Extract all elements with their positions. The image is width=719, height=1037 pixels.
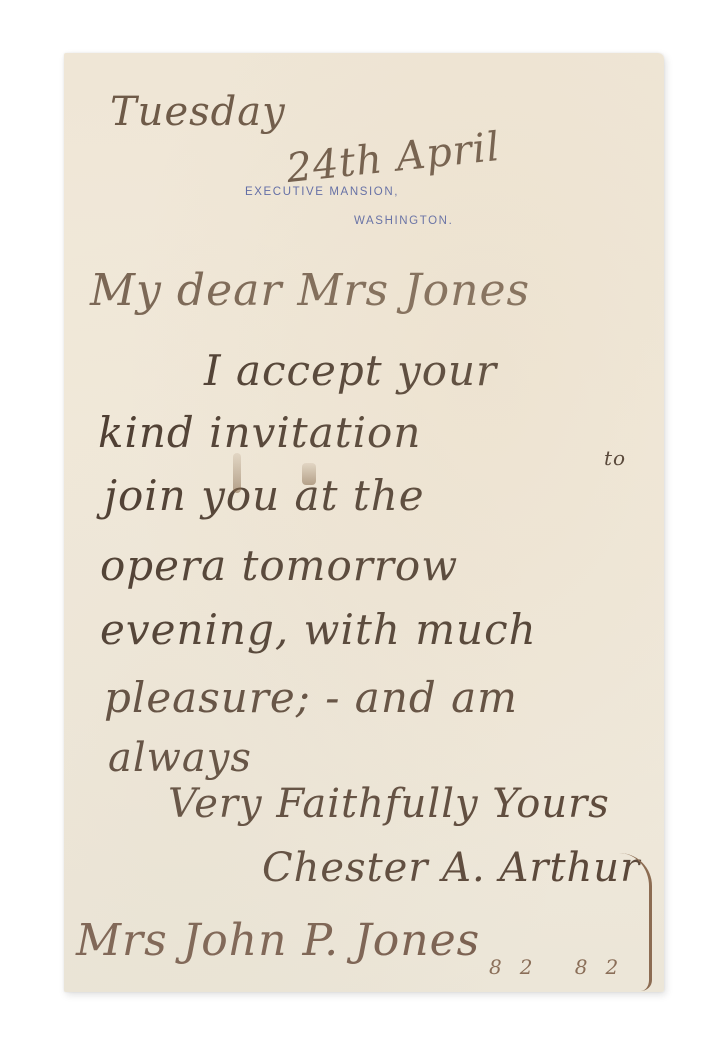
letter-paper: EXECUTIVE MANSION, WASHINGTON. Tuesday 2… (64, 53, 664, 992)
closing: Very Faithfully Yours (168, 781, 610, 827)
body-line-4: opera tomorrow (100, 541, 458, 590)
body-line-1: I accept your (204, 346, 497, 395)
date-day-month: 24th April (284, 124, 502, 192)
salutation: My dear Mrs Jones (90, 265, 530, 316)
body-line-5: evening, with much (100, 605, 537, 654)
body-line-2: kind invitation (98, 408, 421, 457)
insertion-to: to (604, 446, 626, 470)
addressee: Mrs John P. Jones (76, 915, 480, 966)
body-line-7: always (108, 735, 252, 781)
ink-smudge (302, 463, 316, 485)
ink-smudge (233, 453, 241, 493)
date-weekday: Tuesday (110, 89, 286, 135)
bottom-note: 82 82 (489, 955, 636, 979)
letterhead-washington: WASHINGTON. (354, 215, 453, 227)
signature: Chester A. Arthur (262, 845, 640, 891)
body-line-6: pleasure; - and am (104, 673, 518, 722)
body-line-3: join you at the (104, 471, 425, 520)
